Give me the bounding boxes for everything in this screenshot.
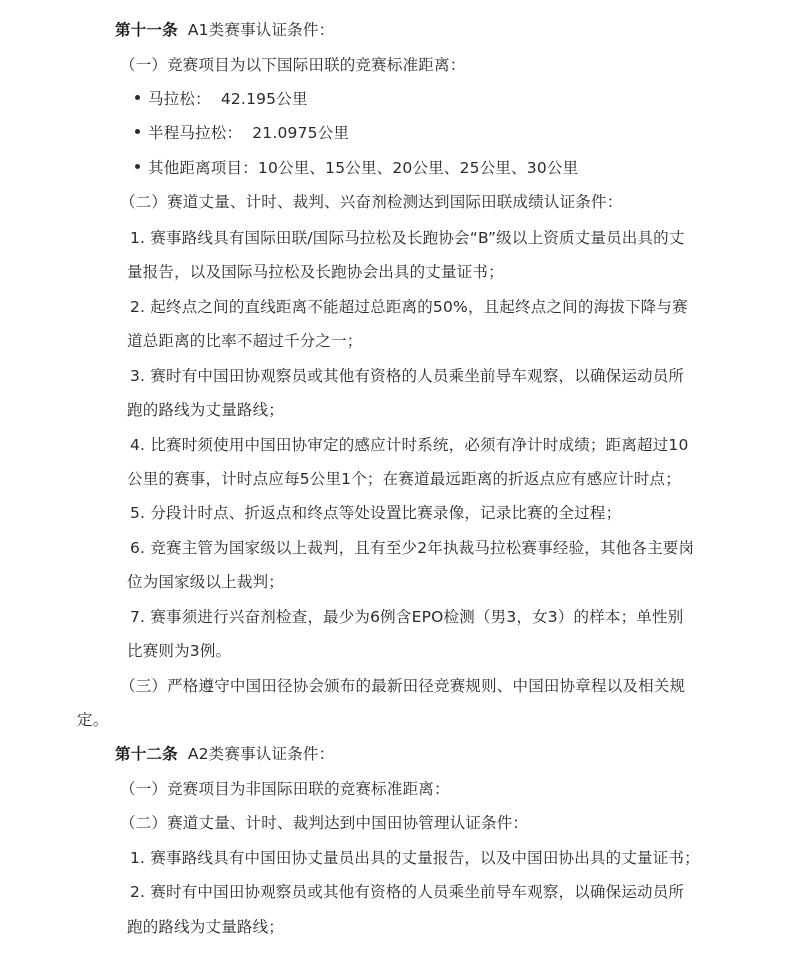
a1-item-2-line-1: 2. 起终点之间的直线距离不能超过总距离的50%，且起终点之间的海拔下降与赛 (130, 297, 688, 317)
bullet-icon (135, 95, 140, 100)
a2-item-1-line-1: 1. 赛事路线具有中国田协丈量员出具的丈量报告，以及中国田协出具的丈量证书； (130, 848, 700, 868)
a1-item-1-line-2: 量报告，以及国际马拉松及长跑协会出具的丈量证书； (127, 262, 504, 282)
a1-section-2-label: （二）赛道丈量、计时、裁判、兴奋剂检测达到国际田联成绩认证条件： (120, 192, 622, 212)
a1-item-4-line-1: 4. 比赛时须使用中国田协审定的感应计时系统，必须有净计时成绩；距离超过10 (130, 435, 689, 455)
a1-item-6-line-2: 位为国家级以上裁判； (127, 572, 284, 592)
bullet-item-marathon: 马拉松：42.195公里 (135, 89, 308, 109)
a2-item-2-line-2: 跑的路线为丈量路线； (127, 917, 284, 937)
article-12-heading: 第十二条A2类赛事认证条件： (115, 744, 334, 764)
bullet-icon (135, 129, 140, 134)
bullet-item-other-distances: 其他距离项目：10公里、15公里、20公里、25公里、30公里 (135, 158, 578, 178)
a1-item-1-line-1: 1. 赛事路线具有国际田联/国际马拉松及长跑协会“B”级以上资质丈量员出具的丈 (130, 228, 685, 248)
article-12-title: A2类赛事认证条件： (188, 745, 334, 763)
bullet-label: 半程马拉松： (148, 124, 242, 142)
a2-section-1-label: （一）竞赛项目为非国际田联的竞赛标准距离： (120, 779, 450, 799)
a1-item-7-line-1: 7. 赛事须进行兴奋剂检查，最少为6例含EPO检测（男3，女3）的样本；单性别 (130, 607, 683, 627)
a1-section-3-line-2: 定。 (77, 710, 108, 730)
bullet-value: 10公里、15公里、20公里、25公里、30公里 (258, 159, 578, 177)
bullet-item-half-marathon: 半程马拉松：21.0975公里 (135, 123, 349, 143)
a1-item-3-line-2: 跑的路线为丈量路线； (127, 400, 284, 420)
article-12-number: 第十二条 (115, 745, 178, 763)
a1-item-7-line-2: 比赛则为3例。 (127, 641, 231, 661)
a1-item-4-line-2: 公里的赛事，计时点应每5公里1个；在赛道最远距离的折返点应有感应计时点； (127, 469, 681, 489)
a1-item-5-line-1: 5. 分段计时点、折返点和终点等处设置比赛录像，记录比赛的全过程； (130, 503, 621, 523)
bullet-label: 其他距离项目： (148, 159, 258, 177)
bullet-value: 42.195公里 (221, 90, 308, 108)
a2-item-2-line-1: 2. 赛时有中国田协观察员或其他有资格的人员乘坐前导车观察，以确保运动员所 (130, 882, 684, 902)
article-11-number: 第十一条 (115, 21, 178, 39)
bullet-label: 马拉松： (148, 90, 211, 108)
a2-section-2-label: （二）赛道丈量、计时、裁判达到中国田协管理认证条件： (120, 813, 528, 833)
a1-section-1-label: （一）竞赛项目为以下国际田联的竞赛标准距离： (120, 55, 465, 75)
a1-section-3-line-1: （三）严格遵守中国田径协会颁布的最新田径竞赛规则、中国田协章程以及相关规 (120, 676, 685, 696)
bullet-icon (135, 164, 140, 169)
a1-item-3-line-1: 3. 赛时有中国田协观察员或其他有资格的人员乘坐前导车观察，以确保运动员所 (130, 366, 684, 386)
a1-item-2-line-2: 道总距离的比率不超过千分之一； (127, 331, 363, 351)
bullet-value: 21.0975公里 (252, 124, 349, 142)
article-11-title: A1类赛事认证条件： (188, 21, 334, 39)
article-11-heading: 第十一条A1类赛事认证条件： (115, 20, 334, 40)
a1-item-6-line-1: 6. 竞赛主管为国家级以上裁判，且有至少2年执裁马拉松赛事经验，其他各主要岗 (130, 538, 694, 558)
